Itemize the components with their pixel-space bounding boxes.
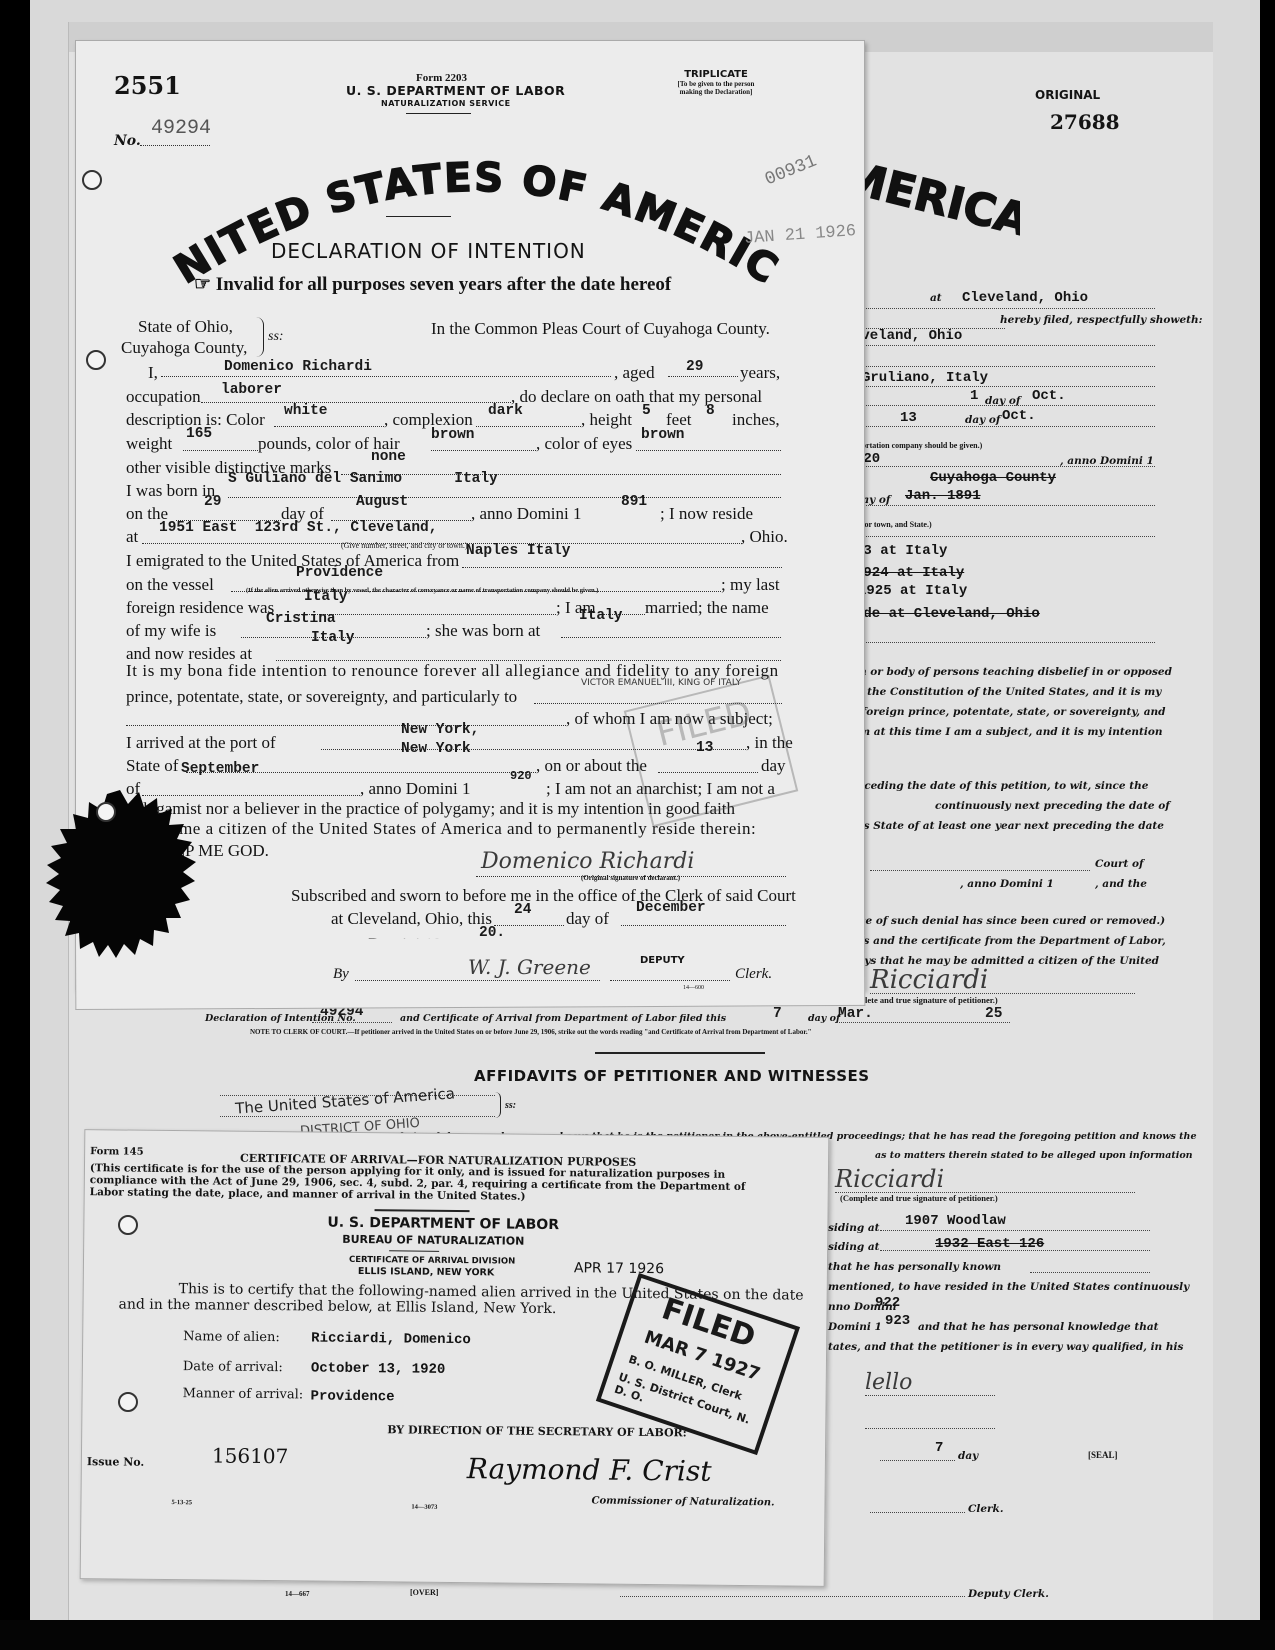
note-to-clerk: NOTE TO CLERK OF COURT.—If petitioner ar… — [250, 1028, 811, 1036]
invalid-notice: ☞ Invalid for all purposes seven years a… — [194, 273, 671, 296]
service: NATURALIZATION SERVICE — [381, 99, 511, 108]
weight: 165 — [186, 426, 212, 442]
complexion: dark — [488, 403, 523, 419]
petition-residence: eveland, Ohio — [853, 328, 962, 344]
emigrated-from: Naples Italy — [466, 543, 570, 559]
birth-day: 29 — [204, 494, 221, 510]
petition-copy-type: ORIGINAL — [1035, 88, 1100, 102]
cert-division: CERTIFICATE OF ARRIVAL DIVISION — [349, 1255, 515, 1267]
petition-court-city: Cleveland, Ohio — [962, 290, 1088, 306]
sworn-month: December — [636, 900, 706, 916]
pointing-hand-icon: ☞ — [194, 274, 211, 295]
divider — [595, 1052, 765, 1054]
punch-hole — [118, 1215, 138, 1235]
commissioner-signature: Raymond F. Crist — [467, 1452, 712, 1488]
cert-location: ELLIS ISLAND, NEW YORK — [358, 1266, 494, 1278]
arrival-year: 920 — [510, 769, 532, 783]
seal-label: [SEAL] — [1088, 1450, 1118, 1460]
vessel: Providence — [296, 565, 383, 581]
cert-stamp-date: APR 17 1926 — [574, 1260, 664, 1277]
certificate-of-arrival-card: Form 145 CERTIFICATE OF ARRIVAL—FOR NATU… — [80, 1129, 830, 1587]
issue-number: 156107 — [212, 1443, 289, 1468]
arrival-state: New York — [401, 741, 471, 757]
height-inches: 8 — [706, 403, 715, 419]
residence-address: 1951 East 123rd St., Cleveland, — [159, 520, 437, 536]
punch-hole — [118, 1392, 138, 1412]
svg-text:UNITED STATES OF AMERICA: UNITED STATES OF AMERICA — [156, 131, 787, 294]
deputy-signature: W. J. Greene — [468, 955, 591, 979]
occupation: laborer — [221, 382, 282, 398]
alien-name: Ricciardi, Domenico — [311, 1330, 471, 1348]
color: white — [284, 403, 328, 419]
court-name: In the Common Pleas Court of Cuyahoga Co… — [431, 319, 770, 339]
birth-year: 891 — [621, 494, 647, 510]
age: 29 — [686, 359, 703, 375]
eye-color: brown — [641, 427, 685, 443]
declaration-serial: 2551 — [114, 71, 181, 100]
scan-bottom-edge — [0, 1620, 1275, 1650]
arrival-date: October 13, 1920 — [311, 1360, 446, 1377]
department: U. S. DEPARTMENT OF LABOR — [346, 83, 565, 98]
cert-department: U. S. DEPARTMENT OF LABOR — [327, 1215, 559, 1233]
punch-hole — [82, 170, 102, 190]
birth-month: August — [356, 494, 408, 510]
svg-text:MERICA: MERICA — [840, 151, 1020, 245]
notary-seal — [35, 790, 205, 960]
petition-birthplace: Gruliano, Italy — [862, 370, 988, 386]
petitioner-signature: Ricciardi — [870, 965, 988, 995]
foreign-residence: Italy — [304, 589, 348, 605]
witness-1-address: 1907 Woodlaw — [905, 1213, 1006, 1229]
copy-type: TRIPLICATE [To be given to the person ma… — [666, 69, 766, 96]
page-title: DECLARATION OF INTENTION — [271, 239, 586, 263]
wife-residence: Italy — [311, 630, 355, 646]
cert-form-number: Form 145 — [90, 1146, 144, 1158]
wife-name: Cristina — [266, 611, 336, 627]
cert-bureau: BUREAU OF NATURALIZATION — [342, 1233, 524, 1248]
affidavits-heading: AFFIDAVITS OF PETITIONER AND WITNESSES — [474, 1067, 870, 1085]
sworn-day: 7 — [935, 1440, 943, 1456]
sworn-day: 24 — [514, 902, 531, 918]
arrival-month: September — [181, 761, 259, 777]
hair-color: brown — [431, 427, 475, 443]
petition-county-struck: Cuyahoga County — [930, 470, 1056, 486]
petition-number: 27688 — [1050, 110, 1120, 134]
birthplace: S Guliano del Sanimo Italy — [228, 471, 498, 487]
direction-line: BY DIRECTION OF THE SECRETARY OF LABOR: — [387, 1423, 687, 1439]
height-feet: 5 — [642, 403, 651, 419]
distinctive-marks: none — [371, 449, 406, 465]
punch-hole — [86, 350, 106, 370]
arrival-port: New York, — [401, 722, 479, 738]
wife-birthplace: Italy — [579, 608, 623, 624]
declarant-name: Domenico Richardi — [224, 359, 372, 375]
arrival-manner: Providence — [311, 1388, 395, 1405]
witness-signature: lello — [865, 1370, 912, 1395]
punch-hole — [96, 802, 116, 822]
petition-banner-fragment: MERICA — [840, 150, 1020, 245]
cert-note: (This certificate is for the use of the … — [90, 1162, 770, 1205]
